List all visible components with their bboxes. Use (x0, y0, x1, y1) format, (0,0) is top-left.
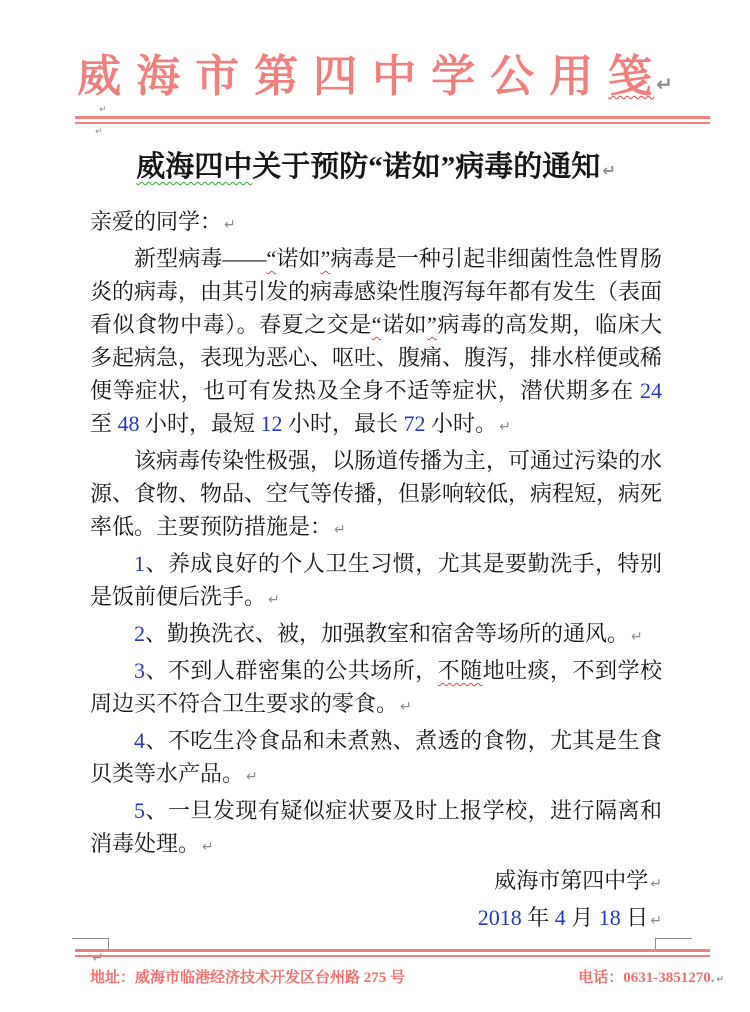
text-run: 4、不吃生冷食品和未煮熟、煮透的食物，尤其是生食贝类等水产品。 (90, 728, 662, 786)
paragraph-mark-icon: ↵ (224, 217, 236, 233)
footer-phone: 电话：0631-3851270.↵ (578, 966, 724, 987)
numeric-text: 12 (261, 411, 283, 436)
text-run: 亲爱的同学： (90, 209, 222, 234)
intro-paragraph[interactable]: 新型病毒——“诺如”病毒是一种引起非细菌性急性胃肠炎的病毒，由其引发的病毒感染性… (90, 242, 662, 444)
letterhead-title[interactable]: 威 海 市 第 四 中 学 公 用 笺↵ (68, 40, 682, 104)
paragraph-mark-icon: ↵ (716, 975, 724, 985)
paragraph-mark-icon: ↵ (602, 161, 615, 180)
squiggle-marked-text: ” (427, 312, 437, 337)
numeric-text: 18 (599, 905, 621, 930)
document-body: 威海四中关于预防“诺如”病毒的通知↵ 亲爱的同学：↵新型病毒——“诺如”病毒是一… (90, 147, 662, 975)
text-run: 2018 年 4 月 18 日 (478, 905, 649, 930)
text-run: 威海市第四中学 (494, 868, 648, 893)
squiggle-marked-text: ” (321, 246, 331, 271)
squiggle-marked-text: “ (266, 246, 276, 271)
text-run: 关于预防“诺如”病毒的通知 (252, 151, 600, 183)
paragraph-mark-icon: ↵ (268, 592, 280, 608)
paragraph-mark-icon: ↵ (334, 522, 346, 538)
transmission-paragraph[interactable]: 该病毒传染性极强，以肠道传播为主，可通过污染的水源、食物、物品、空气等传播，但影… (90, 444, 662, 547)
numeric-text: 2 (134, 621, 145, 646)
salutation[interactable]: 亲爱的同学：↵ (90, 205, 662, 242)
signature[interactable]: 威海市第四中学↵ (90, 864, 662, 901)
numeric-text: 1 (134, 551, 145, 576)
footer-rule (75, 949, 710, 957)
document-page: 威 海 市 第 四 中 学 公 用 笺↵ ↵ ↵ 威海四中关于预防“诺如”病毒的… (0, 0, 750, 1012)
text-run: 1、养成良好的个人卫生习惯，尤其是要勤洗手，特别是饭前便后洗手。 (90, 551, 662, 609)
numeric-text: 2018 (478, 905, 522, 930)
numeric-text: 48 (118, 411, 140, 436)
paragraph-mark-icon: ↵ (400, 699, 412, 715)
paragraph-mark-icon: ↵ (650, 876, 662, 892)
measure-2[interactable]: 2、勤换洗衣、被，加强教室和宿舍等场所的通风。↵ (90, 617, 662, 654)
paragraph-mark-icon: ↵ (656, 72, 673, 96)
measure-1[interactable]: 1、养成良好的个人卫生习惯，尤其是要勤洗手，特别是饭前便后洗手。↵ (90, 547, 662, 617)
squiggle-marked-text: 不随 (438, 658, 483, 683)
paragraph-mark-icon: ↵ (246, 769, 258, 785)
numeric-text: 3 (134, 658, 145, 683)
footer-phone-text: 电话：0631-3851270. (578, 970, 714, 986)
text-run: 3、不到人群密集的公共场所， (134, 658, 438, 683)
text-run: 2、勤换洗衣、被，加强教室和宿舍等场所的通风。 (134, 621, 629, 646)
measure-4[interactable]: 4、不吃生冷食品和未煮熟、煮透的食物，尤其是生食贝类等水产品。↵ (90, 724, 662, 794)
numeric-text: 4 (134, 728, 145, 753)
paragraph-mark-icon: ↵ (202, 839, 214, 855)
paragraph-mark-icon: ↵ (95, 128, 103, 137)
document-title[interactable]: 威海四中关于预防“诺如”病毒的通知↵ (90, 147, 662, 191)
text-run: 该病毒传染性极强，以肠道传播为主，可通过污染的水源、食物、物品、空气等传播，但影… (90, 448, 662, 539)
squiggle-marked-text: 威海四中 (136, 151, 252, 183)
numeric-text: 72 (404, 411, 426, 436)
text-run: 诺如 (381, 312, 427, 337)
measure-5[interactable]: 5、一旦发现有疑似症状要及时上报学校，进行隔离和消毒处理。↵ (90, 794, 662, 864)
paragraph-mark-icon: ↵ (99, 106, 107, 115)
numeric-text: 24 (640, 378, 662, 403)
text-run: 5、一旦发现有疑似症状要及时上报学校，进行隔离和消毒处理。 (90, 798, 662, 856)
numeric-text: 5 (134, 798, 145, 823)
text-run: 新型病毒—— (134, 246, 266, 271)
paragraph-mark-icon: ↵ (499, 419, 511, 435)
paragraph-mark-icon: ↵ (631, 629, 643, 645)
date[interactable]: 2018 年 4 月 18 日↵ (90, 901, 662, 938)
numeric-text: 4 (555, 905, 566, 930)
squiggle-marked-text: 笺 (608, 52, 654, 101)
measure-3[interactable]: 3、不到人群密集的公共场所，不随地吐痰，不到学校周边买不符合卫生要求的零食。↵ (90, 654, 662, 724)
text-run: 威 海 市 第 四 中 学 公 用 (77, 52, 608, 101)
text-run: 诺如 (276, 246, 320, 271)
letterhead-rule (75, 116, 710, 124)
paragraph-mark-icon: ↵ (650, 913, 662, 929)
footer-address: 地址：威海市临港经济技术开发区台州路 275 号 (90, 966, 405, 987)
